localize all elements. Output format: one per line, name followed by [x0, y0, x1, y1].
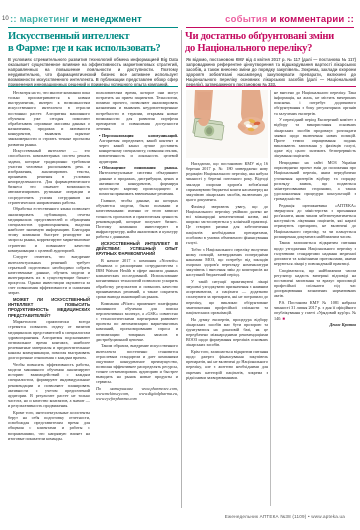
- article-end-mark: ■: [282, 316, 285, 321]
- bullet-item: Персонализация коммуникаций. Алгоритмы о…: [99, 133, 178, 164]
- center-column-divider: [181, 30, 182, 508]
- section-header-marketing: :: маркетинг и менеджмент: [10, 14, 178, 25]
- body-paragraph: Компания «Pfizer» применяет платформы ма…: [96, 301, 178, 342]
- section-prefix: ::: [10, 14, 20, 25]
- section-label-light: маркетинг: [20, 14, 70, 25]
- headline-line2: в Фарме: где и как использовать?: [8, 43, 160, 55]
- body-paragraph: не внесено до Національного переліку. Та…: [274, 90, 356, 116]
- source-credit: По материалам www.pharmexec.com, www.mck…: [96, 386, 178, 401]
- section-rule-right: [186, 27, 354, 28]
- body-paragraph: Кроме того, интеллектуальные ассистенты …: [8, 410, 90, 441]
- newspaper-footer: Еженедельник АПТЕКА №38 (1109) • www.apt…: [225, 514, 345, 519]
- subheading-ai-productivity: МОЖЕТ ЛИ ИСКУССТВЕННЫЙ ИНТЕЛЛЕКТ ПОВЫСИТ…: [8, 297, 90, 318]
- body-paragraph: У перехідний період Експертний комітет з…: [274, 117, 356, 158]
- body-paragraph: В начале 2017 г. компания «Novartis» объ…: [96, 258, 178, 299]
- section-header-events: события и комментарии ::: [186, 14, 354, 25]
- body-paragraph: Нещодавно на сайті МОЗ України оприлюдне…: [274, 160, 356, 201]
- photo-hands-money-and-pills: [186, 90, 268, 158]
- bullet-item: Обогащение понимания рынка. Интеллектуал…: [99, 165, 178, 196]
- body-paragraph: Маркетологи практически всегда стремятся…: [8, 319, 90, 360]
- right-article-lead: Як відомо, постановою КМУ від 4 квітня 2…: [186, 58, 356, 87]
- body-paragraph: Крім того, залишається відкритим питання…: [186, 349, 268, 380]
- section-suffix: ::: [344, 14, 354, 25]
- left-article-column-2: пользователям время, которое они могут п…: [96, 90, 178, 506]
- body-paragraph: Несмотря на то, что многие компании пока…: [8, 90, 90, 147]
- body-paragraph: Також залишається відкритим питання щодо…: [274, 240, 356, 266]
- body-paragraph: Чтобы повысить эффективность работы, мод…: [8, 362, 90, 408]
- postscript-text: P.S. Постанова КМУ № 1081 набрала чиннос…: [274, 300, 356, 320]
- newspaper-page: 10 :: маркетинг и менеджмент события и к…: [0, 0, 360, 530]
- left-article-body: Несмотря на то, что многие компании пока…: [8, 90, 178, 506]
- body-paragraph: Тобто з Національного переліку вилучено …: [186, 247, 268, 278]
- body-paragraph: На думку експертів, процедура відбору лі…: [186, 317, 268, 348]
- headline-line2: до Національного переліку?: [185, 43, 334, 55]
- right-article-column-2: не внесено до Національного переліку. Та…: [270, 90, 356, 506]
- postscript: P.S. Постанова КМУ № 1081 набрала чиннос…: [274, 300, 356, 321]
- bullet-text: Интеллектуальные системы объединяют данн…: [99, 170, 178, 196]
- body-paragraph: Следует отметить, что внедрение интеллек…: [8, 254, 90, 295]
- left-lead-rule: [8, 86, 178, 87]
- body-paragraph: Таким образом, внедрение искусственного …: [96, 343, 178, 384]
- page-number: 10: [2, 16, 9, 22]
- body-paragraph: Главное, чтобы данные, на которых обучаю…: [96, 198, 178, 239]
- body-paragraph: У такій ситуації практикуючі лікарі змуш…: [186, 279, 268, 315]
- body-paragraph: Фахівці звертають увагу, що до Національ…: [186, 204, 268, 245]
- headline-line1: Искусственный интеллект: [8, 31, 160, 43]
- bullet-list: Персонализация коммуникаций. Алгоритмы о…: [96, 133, 178, 196]
- section-label-bold: и менеджмент: [69, 14, 142, 25]
- right-article-body: Нагадаємо, що постановою КМУ від 16 бере…: [186, 90, 356, 506]
- section-label-bold: и комментарии: [268, 14, 345, 25]
- body-paragraph: Обработка естественного языка позволяет …: [8, 206, 90, 252]
- section-rule-left: [8, 27, 178, 28]
- body-paragraph: Редакція щотижневика «АПТЕКА» звернулася…: [274, 203, 356, 239]
- bullet-text: Алгоритмы определяют, какой контент и че…: [99, 138, 178, 164]
- right-lead-rule: [186, 86, 356, 87]
- left-article-column-1: Несмотря на то, что многие компании пока…: [8, 90, 90, 506]
- body-paragraph: пользователям время, которое они могут п…: [96, 90, 178, 131]
- section-label-light: события: [225, 14, 268, 25]
- right-article-headline: Чи достатньо обґрунтовані зміни до Націо…: [185, 31, 334, 55]
- left-article-lead: В условиях стремительного развития техно…: [8, 58, 178, 87]
- body-paragraph: Нагадаємо, що постановою КМУ від 16 бере…: [186, 161, 268, 202]
- subheading-ai-in-action: ИСКУССТВЕННЫЙ ИНТЕЛЛЕКТ В ДЕЙСТВИИ: УСПЕ…: [96, 241, 178, 256]
- left-article-headline: Искусственный интеллект в Фарме: где и к…: [8, 31, 160, 55]
- body-paragraph: Искусственный интеллект — это способност…: [8, 148, 90, 205]
- right-article-column-1: Нагадаємо, що постановою КМУ від 16 бере…: [186, 90, 268, 506]
- author-byline: Денис Кротов: [274, 322, 356, 327]
- headline-line1: Чи достатньо обґрунтовані зміни: [185, 31, 334, 43]
- body-paragraph: Сподіваємося, що найближчим часом регуля…: [274, 268, 356, 299]
